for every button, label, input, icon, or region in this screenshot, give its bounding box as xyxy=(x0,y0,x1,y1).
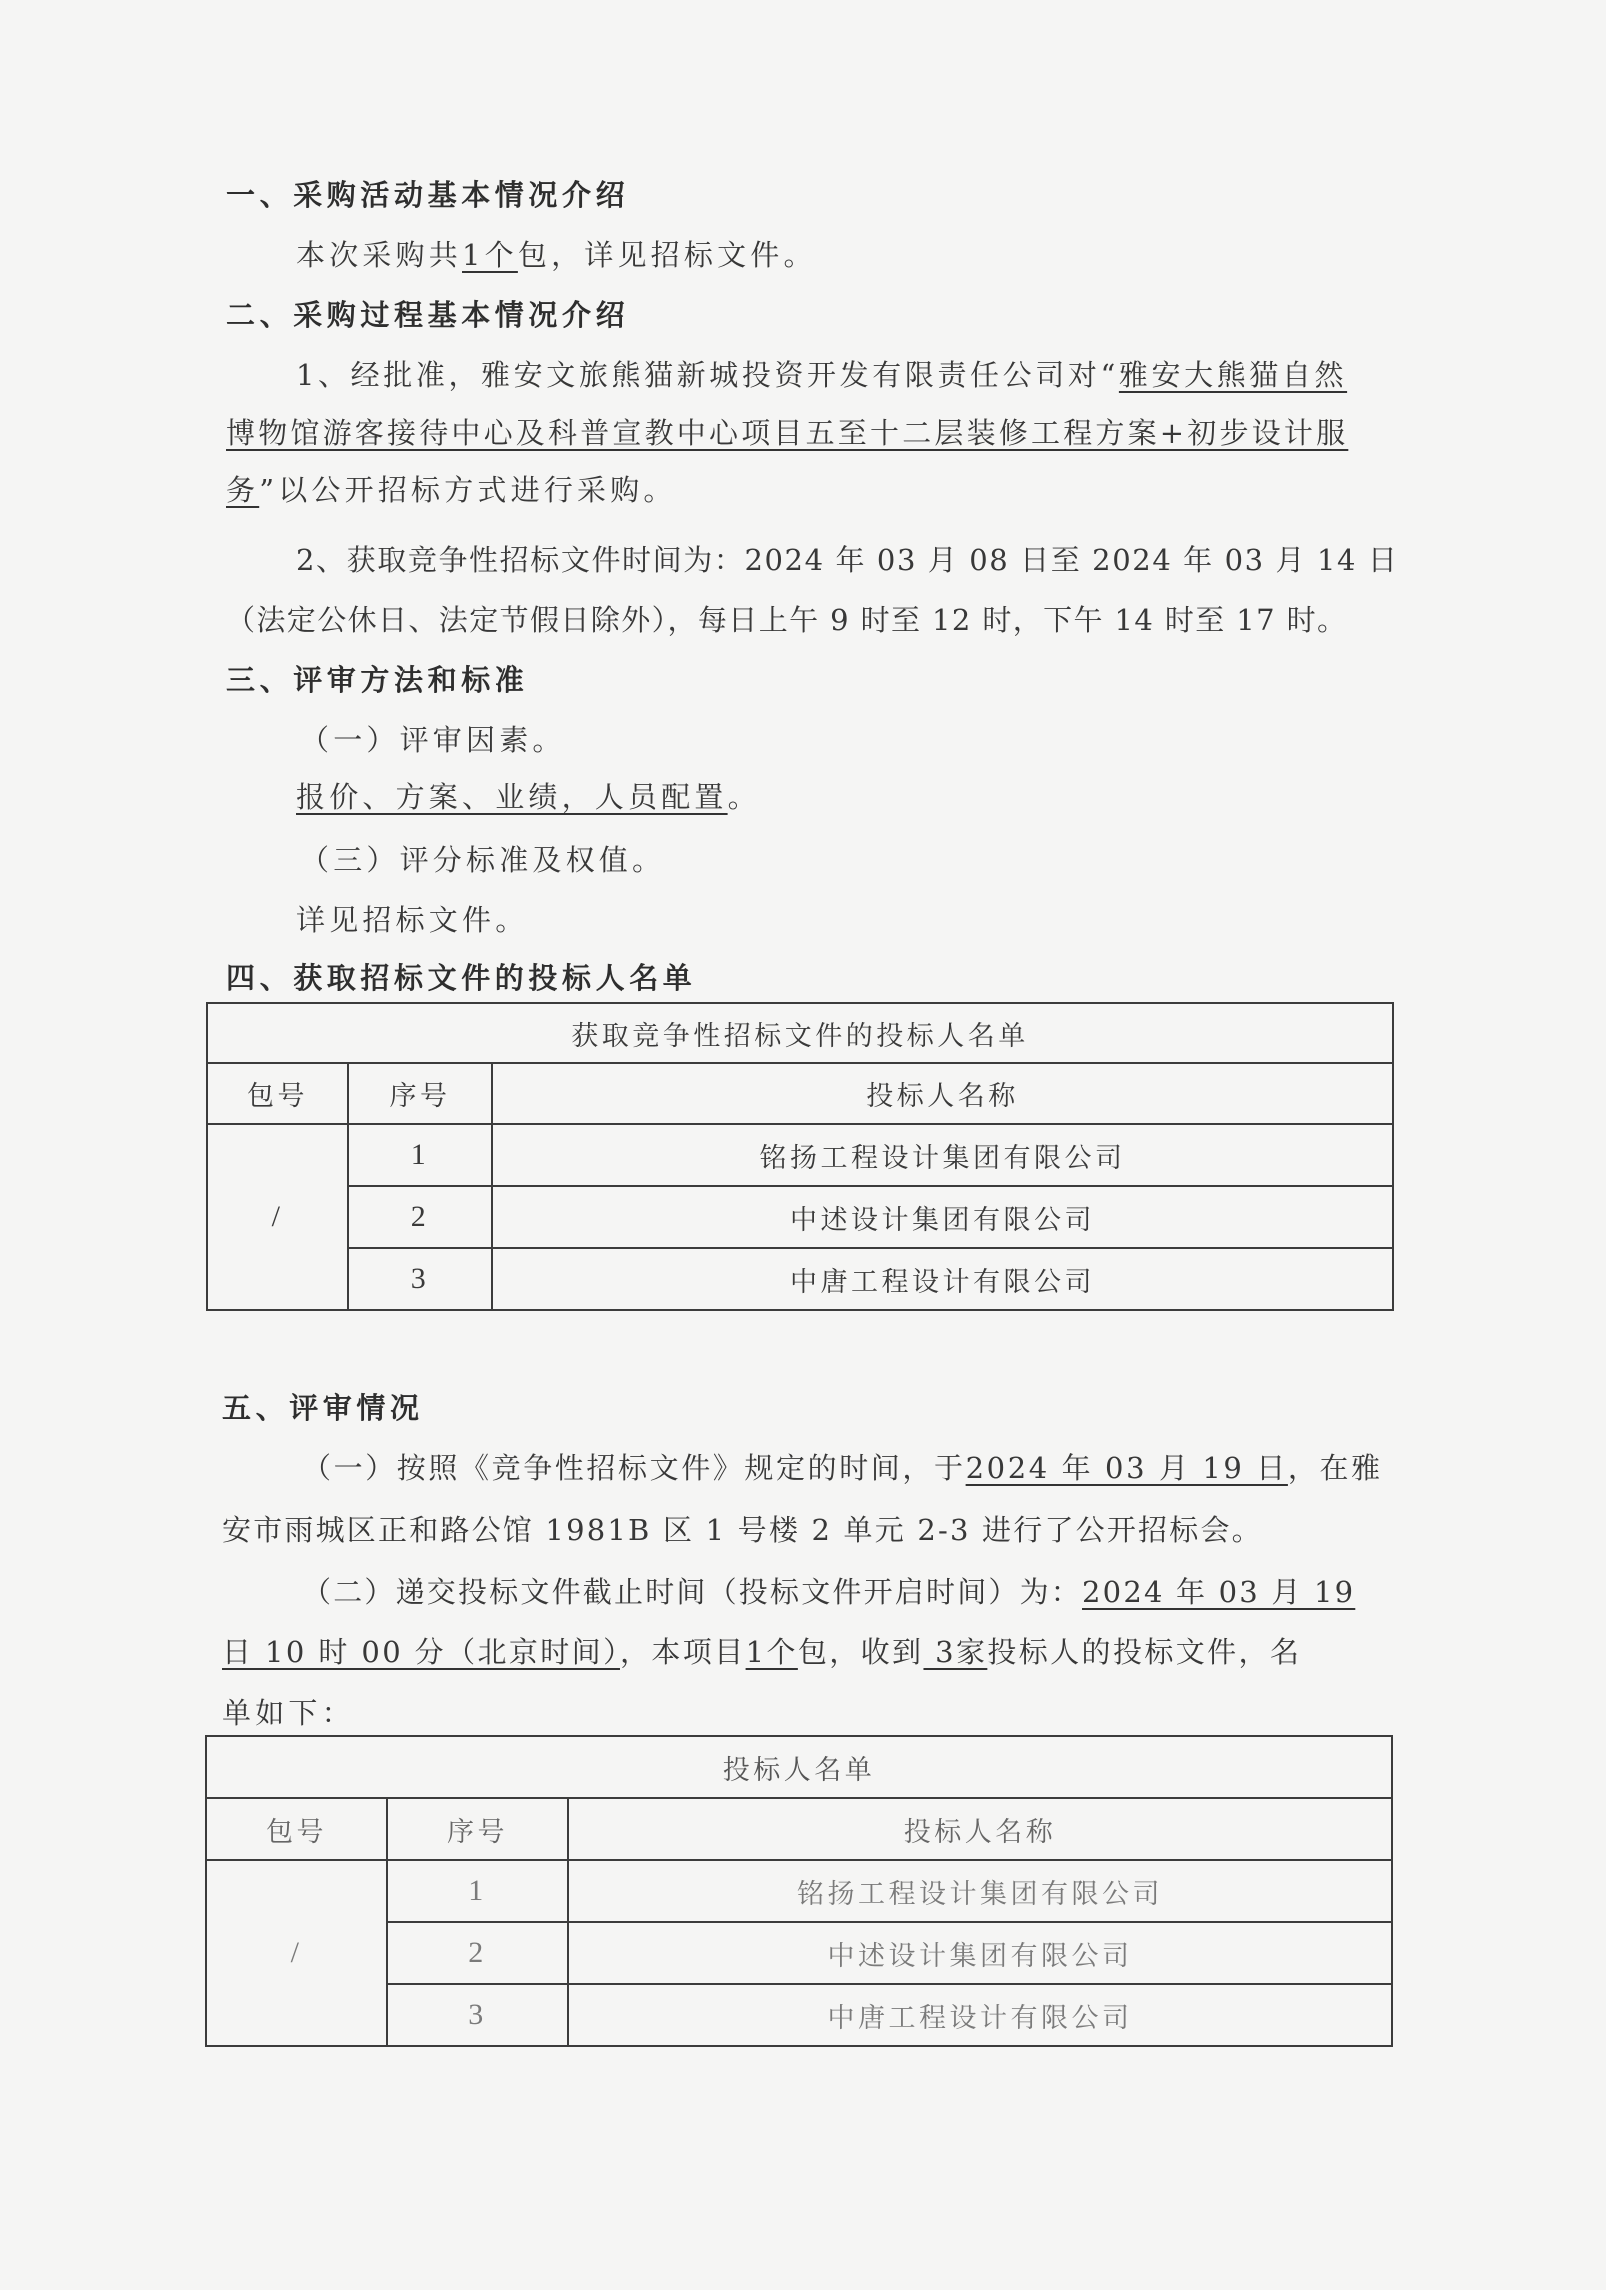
package-count: 1个 xyxy=(746,1635,798,1669)
header-bidder-name: 投标人名称 xyxy=(568,1798,1392,1860)
section-1-heading: 一、采购活动基本情况介绍 xyxy=(226,175,629,215)
header-bidder-name: 投标人名称 xyxy=(492,1063,1393,1124)
table-row: / 1 铭扬工程设计集团有限公司 xyxy=(206,1860,1392,1922)
text: 包，收到 xyxy=(798,1635,924,1669)
package-count: 1个 xyxy=(462,238,518,272)
text: ，本项目 xyxy=(620,1635,746,1669)
table-row: / 1 铭扬工程设计集团有限公司 xyxy=(207,1124,1393,1186)
section-3-heading: 三、评审方法和标准 xyxy=(226,660,528,700)
bidder-name-cell: 铭扬工程设计集团有限公司 xyxy=(492,1124,1393,1186)
section-2-item-1-line-2: 博物馆游客接待中心及科普宣教中心项目五至十二层装修工程方案+初步设计服 xyxy=(226,413,1348,453)
section-3-sub-1: （一）评审因素。 xyxy=(300,720,566,760)
evaluation-factors: 报价、方案、业绩，人员配置 xyxy=(296,780,728,814)
text: ，在雅 xyxy=(1288,1451,1383,1485)
text: 投标人的投标文件，名 xyxy=(987,1635,1301,1669)
header-seq: 序号 xyxy=(387,1798,568,1860)
text: 。 xyxy=(728,780,761,814)
section-5-para-1-line-2: 安市雨城区正和路公馆 1981B 区 1 号楼 2 单元 2-3 进行了公开招标… xyxy=(222,1510,1263,1550)
text: （一）按照《竞争性招标文件》规定的时间，于 xyxy=(302,1451,966,1485)
section-5-para-2-line-3: 单如下： xyxy=(222,1693,355,1733)
section-2-item-1-line-1: 1、经批准，雅安文旅熊猫新城投资开发有限责任公司对“雅安大熊猫自然 xyxy=(296,355,1347,395)
table-title: 投标人名单 xyxy=(206,1736,1392,1798)
deadline-time: 日 10 时 00 分（北京时间） xyxy=(222,1635,620,1669)
seq-cell: 1 xyxy=(387,1860,568,1922)
section-5-heading: 五、评审情况 xyxy=(222,1388,424,1428)
project-name: 博物馆游客接待中心及科普宣教中心项目五至十二层装修工程方案+初步设计服 xyxy=(226,416,1348,450)
section-5-para-2-line-1: （二）递交投标文件截止时间（投标文件开启时间）为：2024 年 03 月 19 xyxy=(302,1572,1355,1612)
header-package: 包号 xyxy=(206,1798,387,1860)
project-name: 务 xyxy=(226,473,259,507)
bid-opening-date: 2024 年 03 月 19 日 xyxy=(966,1451,1288,1485)
seq-cell: 3 xyxy=(348,1248,492,1310)
bidder-name-cell: 中述设计集团有限公司 xyxy=(568,1922,1392,1984)
table-row: 3 中唐工程设计有限公司 xyxy=(207,1248,1393,1310)
package-cell: / xyxy=(206,1860,387,2046)
bidder-name-cell: 中唐工程设计有限公司 xyxy=(492,1248,1393,1310)
bidder-list-table-1: 获取竞争性招标文件的投标人名单 包号 序号 投标人名称 / 1 铭扬工程设计集团… xyxy=(206,1002,1394,1311)
section-4-heading: 四、获取招标文件的投标人名单 xyxy=(226,958,696,998)
section-3-detail: 详见招标文件。 xyxy=(296,900,528,940)
project-name: 雅安大熊猫自然 xyxy=(1119,358,1347,392)
seq-cell: 1 xyxy=(348,1124,492,1186)
section-5-para-1-line-1: （一）按照《竞争性招标文件》规定的时间，于2024 年 03 月 19 日，在雅 xyxy=(302,1448,1383,1488)
section-5-para-2-line-2: 日 10 时 00 分（北京时间），本项目1个包，收到 3家投标人的投标文件，名 xyxy=(222,1632,1301,1672)
text: （二）递交投标文件截止时间（投标文件开启时间）为： xyxy=(302,1575,1082,1609)
text: ”以公开招标方式进行采购。 xyxy=(259,473,676,507)
bidder-name-cell: 中唐工程设计有限公司 xyxy=(568,1984,1392,2046)
header-seq: 序号 xyxy=(348,1063,492,1124)
section-1-paragraph: 本次采购共1个包，详见招标文件。 xyxy=(296,235,817,275)
seq-cell: 3 xyxy=(387,1984,568,2046)
text: 本次采购共 xyxy=(296,238,462,272)
section-2-item-2-line-2: （法定公休日、法定节假日除外），每日上午 9 时至 12 时，下午 14 时至 … xyxy=(226,600,1347,640)
bidder-count: 3家 xyxy=(923,1635,987,1669)
deadline-date: 2024 年 03 月 19 xyxy=(1082,1575,1355,1609)
section-2-item-1-line-3: 务”以公开招标方式进行采购。 xyxy=(226,470,677,510)
package-cell: / xyxy=(207,1124,348,1310)
section-2-heading: 二、采购过程基本情况介绍 xyxy=(226,295,629,335)
seq-cell: 2 xyxy=(348,1186,492,1248)
text: 包，详见招标文件。 xyxy=(518,238,817,272)
section-3-factors: 报价、方案、业绩，人员配置。 xyxy=(296,777,761,817)
seq-cell: 2 xyxy=(387,1922,568,1984)
table-title: 获取竞争性招标文件的投标人名单 xyxy=(207,1003,1393,1063)
table-row: 2 中述设计集团有限公司 xyxy=(207,1186,1393,1248)
bidder-list-table-2: 投标人名单 包号 序号 投标人名称 / 1 铭扬工程设计集团有限公司 2 中述设… xyxy=(205,1735,1393,2047)
text: 1、经批准，雅安文旅熊猫新城投资开发有限责任公司对“ xyxy=(296,358,1119,392)
bidder-name-cell: 铭扬工程设计集团有限公司 xyxy=(568,1860,1392,1922)
section-3-sub-3: （三）评分标准及权值。 xyxy=(300,840,665,880)
bidder-name-cell: 中述设计集团有限公司 xyxy=(492,1186,1393,1248)
section-2-item-2-line-1: 2、获取竞争性招标文件时间为：2024 年 03 月 08 日至 2024 年 … xyxy=(296,540,1398,580)
header-package: 包号 xyxy=(207,1063,348,1124)
